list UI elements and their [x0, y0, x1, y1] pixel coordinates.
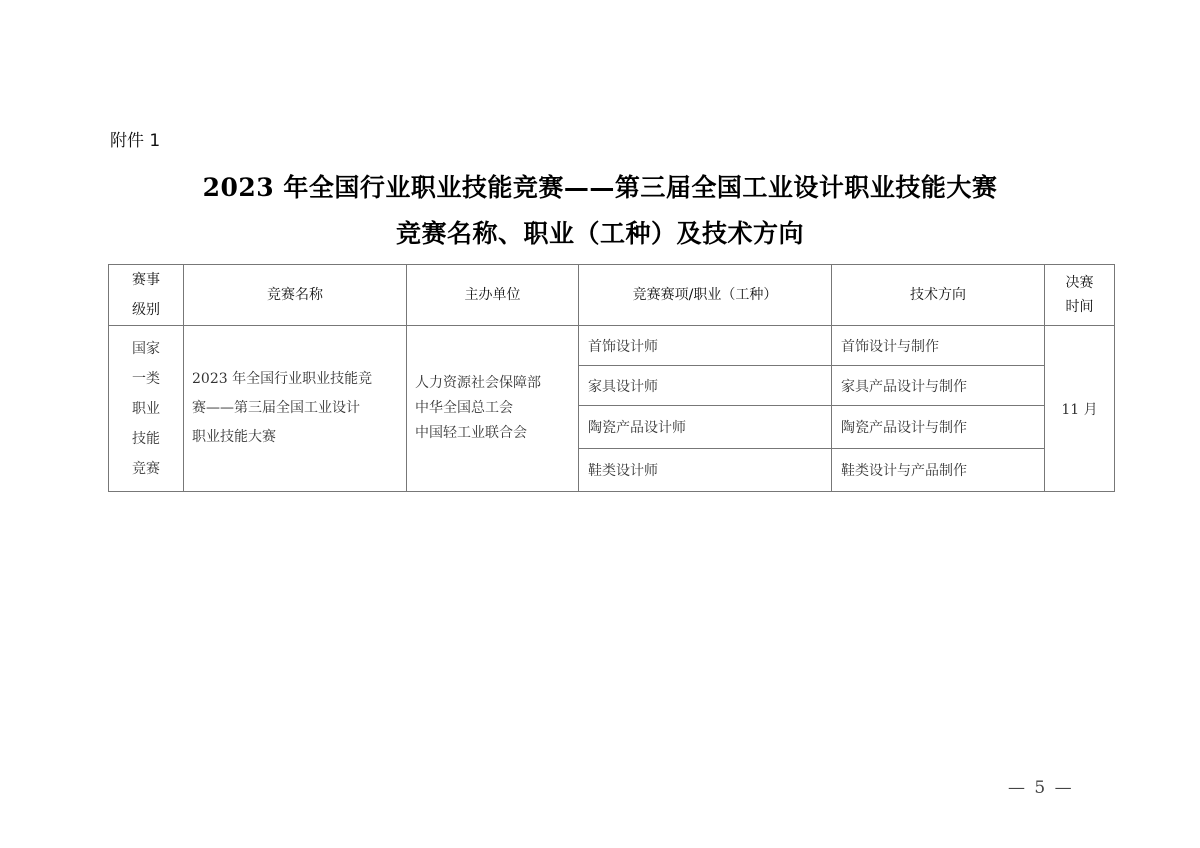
header-level-line1: 赛事 [109, 265, 183, 295]
header-final-time: 决赛 时间 [1045, 265, 1115, 326]
competition-name-line: 2023 年全国行业职业技能竞 [192, 365, 406, 394]
header-organizer: 主办单位 [407, 265, 579, 326]
competition-table: 赛事 级别 竞赛名称 主办单位 竞赛赛项/职业（工种） 技术方向 决赛 时间 国… [108, 264, 1115, 492]
organizer: 中国轻工业联合会 [415, 421, 578, 446]
direction-cell: 首饰设计与制作 [832, 326, 1045, 366]
level-line: 竞赛 [109, 454, 183, 484]
final-time-cell: 11 月 [1045, 326, 1115, 492]
header-competition-name: 竞赛名称 [184, 265, 407, 326]
document-title: 2023 年全国行业职业技能竞赛——第三届全国工业设计职业技能大赛 [0, 168, 1200, 204]
direction-cell: 家具产品设计与制作 [832, 366, 1045, 406]
occupation-cell: 鞋类设计师 [579, 449, 832, 492]
level-line: 国家 [109, 334, 183, 364]
organizer: 人力资源社会保障部 [415, 371, 578, 396]
header-time-line2: 时间 [1045, 295, 1114, 319]
competition-name-line: 职业技能大赛 [192, 423, 406, 452]
occupation-cell: 首饰设计师 [579, 326, 832, 366]
occupation-cell: 家具设计师 [579, 366, 832, 406]
header-time-line1: 决赛 [1045, 271, 1114, 295]
level-cell: 国家 一类 职业 技能 竞赛 [109, 326, 184, 492]
document-subtitle: 竞赛名称、职业（工种）及技术方向 [0, 214, 1200, 250]
competition-name-cell: 2023 年全国行业职业技能竞 赛——第三届全国工业设计 职业技能大赛 [184, 326, 407, 492]
organizer: 中华全国总工会 [415, 396, 578, 421]
header-level-line2: 级别 [109, 295, 183, 325]
table-row: 国家 一类 职业 技能 竞赛 2023 年全国行业职业技能竞 赛——第三届全国工… [109, 326, 1115, 366]
organizer-cell: 人力资源社会保障部 中华全国总工会 中国轻工业联合会 [407, 326, 579, 492]
level-line: 职业 [109, 394, 183, 424]
attachment-label: 附件 1 [110, 126, 160, 151]
header-direction: 技术方向 [832, 265, 1045, 326]
table-header-row: 赛事 级别 竞赛名称 主办单位 竞赛赛项/职业（工种） 技术方向 决赛 时间 [109, 265, 1115, 326]
level-line: 技能 [109, 424, 183, 454]
competition-name-line: 赛——第三届全国工业设计 [192, 394, 406, 423]
occupation-cell: 陶瓷产品设计师 [579, 406, 832, 449]
page-number: — 5 — [1008, 778, 1074, 798]
direction-cell: 陶瓷产品设计与制作 [832, 406, 1045, 449]
header-occupation: 竞赛赛项/职业（工种） [579, 265, 832, 326]
header-level: 赛事 级别 [109, 265, 184, 326]
direction-cell: 鞋类设计与产品制作 [832, 449, 1045, 492]
level-line: 一类 [109, 364, 183, 394]
